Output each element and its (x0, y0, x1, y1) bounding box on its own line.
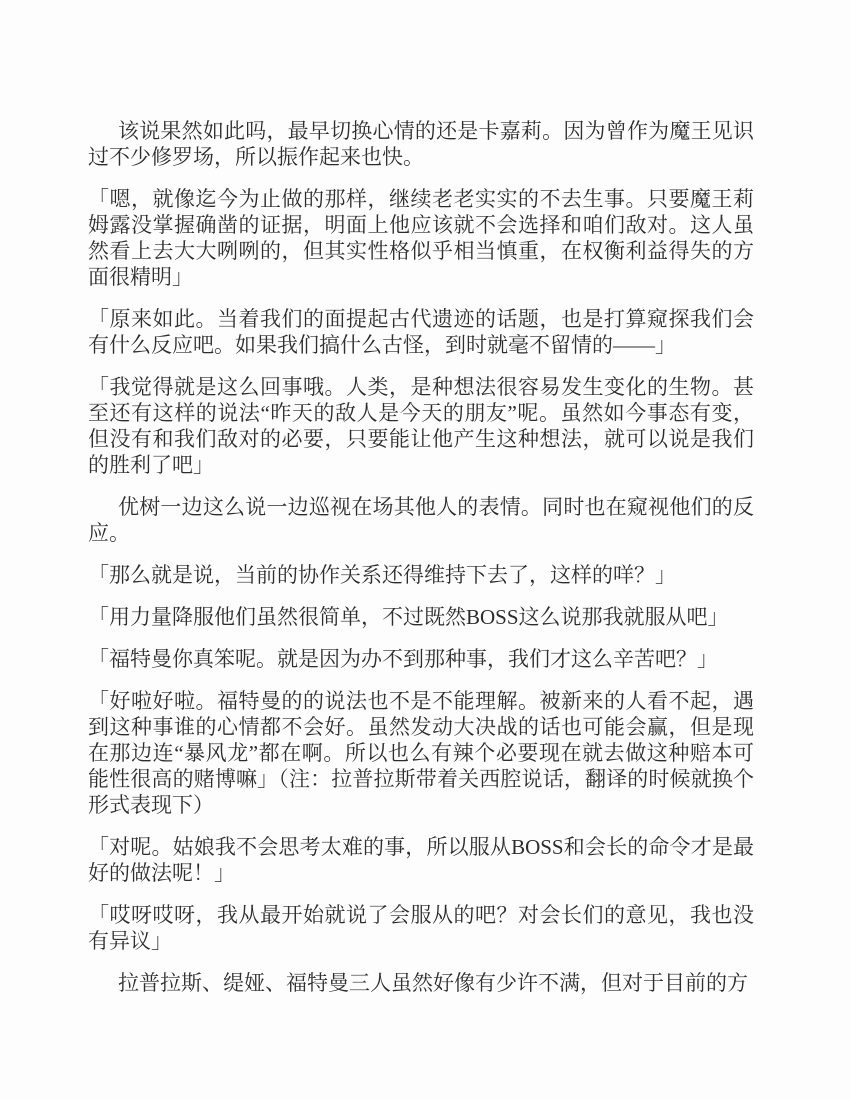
paragraph: 「福特曼你真笨呢。就是因为办不到那种事，我们才这么辛苦吧？」 (88, 646, 754, 672)
paragraph: 「那么就是说，当前的协作关系还得维持下去了，这样的咩？」 (88, 562, 754, 588)
paragraph: 「嗯，就像迄今为止做的那样，继续老老实实的不去生事。只要魔王莉姆露没掌握确凿的证… (88, 186, 754, 290)
paragraph: 「原来如此。当着我们的面提起古代遗迹的话题，也是打算窥探我们会有什么反应吧。如果… (88, 306, 754, 358)
paragraph: 「对呢。姑娘我不会思考太难的事，所以服从BOSS和会长的命令才是最好的做法呢！」 (88, 834, 754, 886)
paragraph: 「好啦好啦。福特曼的的说法也不是不能理解。被新来的人看不起，遇到这种事谁的心情都… (88, 688, 754, 818)
paragraph: 优树一边这么说一边巡视在场其他人的表情。同时也在窥视他们的反应。 (88, 494, 754, 546)
paragraph: 「用力量降服他们虽然很简单，不过既然BOSS这么说那我就服从吧」 (88, 604, 754, 630)
novel-text-page: 该说果然如此吗，最早切换心情的还是卡嘉莉。因为曾作为魔王见识过不少修罗场，所以振… (0, 0, 850, 1100)
paragraph: 「哎呀哎呀，我从最开始就说了会服从的吧？对会长们的意见，我也没有异议」 (88, 902, 754, 954)
paragraph: 「我觉得就是这么回事哦。人类，是种想法很容易发生变化的生物。甚至还有这样的说法“… (88, 374, 754, 478)
paragraph: 该说果然如此吗，最早切换心情的还是卡嘉莉。因为曾作为魔王见识过不少修罗场，所以振… (88, 118, 754, 170)
paragraph: 拉普拉斯、缇娅、福特曼三人虽然好像有少许不满，但对于目前的方 (88, 970, 754, 996)
